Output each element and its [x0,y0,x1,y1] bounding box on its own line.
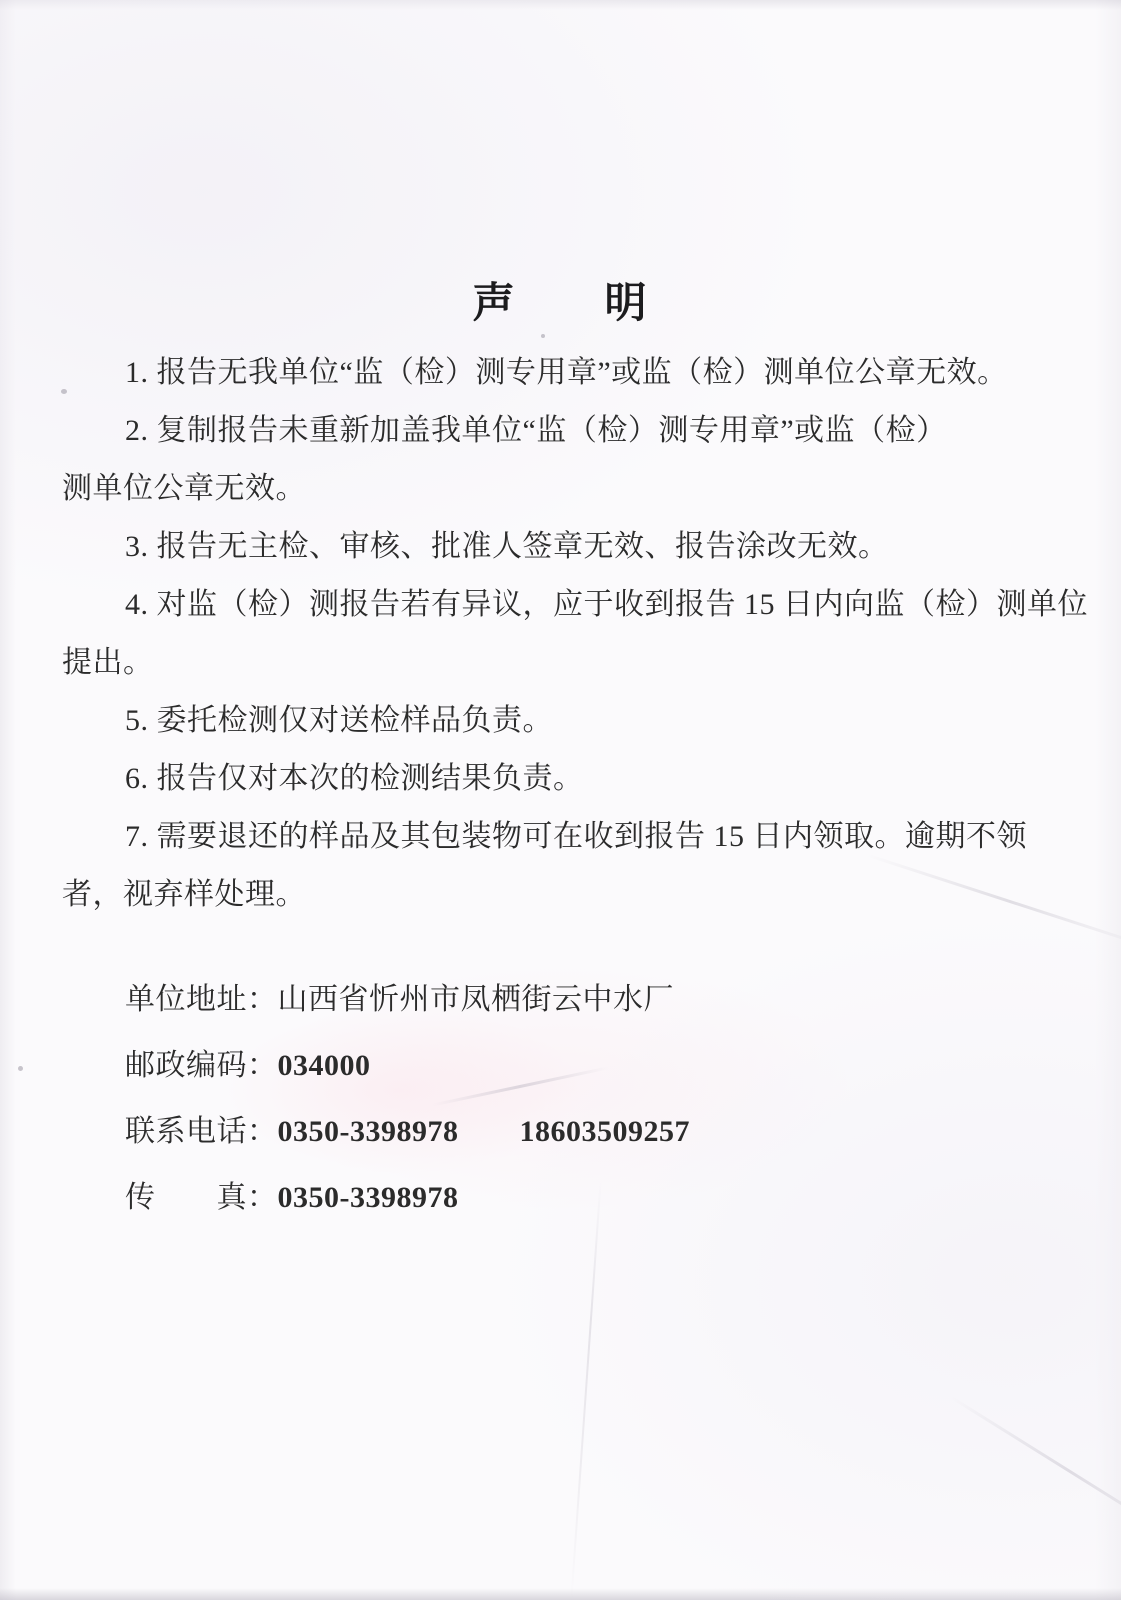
statement-body: 1. 报告无我单位“监（检）测专用章”或监（检）测单位公章无效。 2. 复制报告… [0,344,1121,924]
statement-clause-7: 7. 需要退还的样品及其包装物可在收到报告 15 日内领取。逾期不领 [62,808,1071,866]
contact-row-address: 单位地址：山西省忻州市凤栖街云中水厂 [125,967,1121,1033]
contact-block: 单位地址：山西省忻州市凤栖街云中水厂 邮政编码：034000 联系电话：0350… [0,967,1121,1231]
contact-row-fax: 传 真：0350-3398978 [125,1165,1121,1231]
contact-row-phone: 联系电话：0350-3398978 18603509257 [125,1099,1121,1165]
statement-clause-7-continuation: 者，视弃样处理。 [62,866,1071,924]
statement-clause-2: 2. 复制报告未重新加盖我单位“监（检）测专用章”或监（检） [62,402,1071,460]
contact-label-fax: 传 真： [125,1181,278,1214]
contact-row-postcode: 邮政编码：034000 [125,1033,1121,1099]
contact-label-postcode: 邮政编码： [125,1049,278,1082]
contact-value-phone: 0350-3398978 18603509257 [278,1115,691,1148]
scanned-statement-page: 声 明 1. 报告无我单位“监（检）测专用章”或监（检）测单位公章无效。 2. … [0,0,1121,1600]
statement-clause-4-continuation: 提出。 [62,634,1071,692]
contact-value-address: 山西省忻州市凤栖街云中水厂 [278,983,675,1016]
paper-speck [541,334,545,338]
statement-clause-4: 4. 对监（检）测报告若有异议，应于收到报告 15 日内向监（检）测单位 [62,576,1071,634]
paper-crease [950,1396,1121,1547]
statement-clause-3: 3. 报告无主检、审核、批准人签章无效、报告涂改无效。 [62,518,1071,576]
paper-crease [570,1180,601,1599]
statement-title: 声 明 [0,0,1121,324]
contact-value-postcode: 034000 [278,1049,371,1082]
statement-clause-1: 1. 报告无我单位“监（检）测专用章”或监（检）测单位公章无效。 [62,344,1071,402]
contact-value-fax: 0350-3398978 [278,1181,459,1214]
statement-clause-5: 5. 委托检测仅对送检样品负责。 [62,692,1071,750]
contact-label-phone: 联系电话： [125,1115,278,1148]
statement-clause-2-continuation: 测单位公章无效。 [62,460,1071,518]
statement-clause-6: 6. 报告仅对本次的检测结果负责。 [62,750,1071,808]
contact-label-address: 单位地址： [125,983,278,1016]
